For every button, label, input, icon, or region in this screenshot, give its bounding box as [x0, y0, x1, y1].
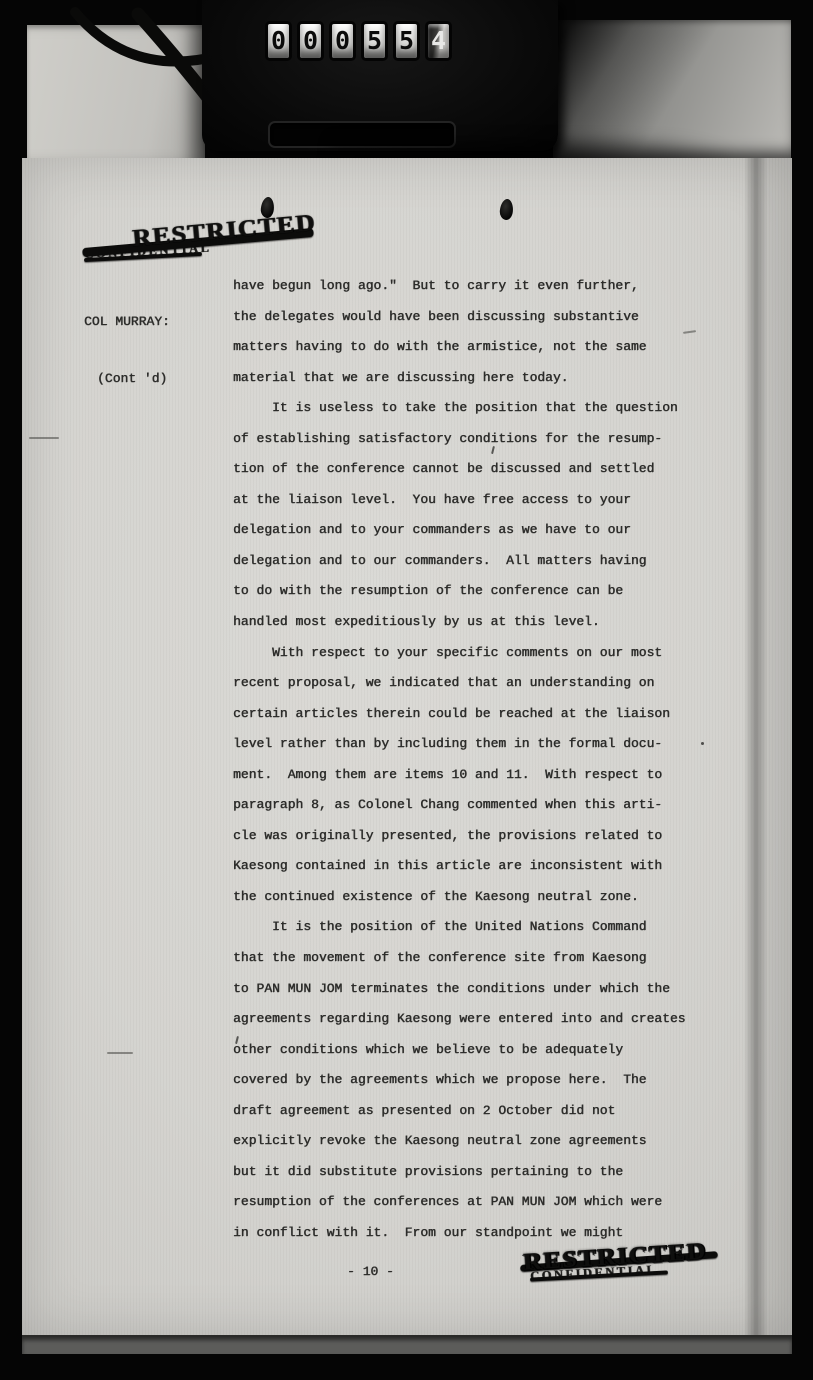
- typed-line: material that we are discussing here tod…: [233, 363, 685, 394]
- typed-line: recent proposal, we indicated that an un…: [233, 668, 685, 699]
- typed-line: to do with the resumption of the confere…: [233, 576, 685, 607]
- sheet-edge-shadow: [744, 158, 768, 1335]
- pencil-mark: [107, 1052, 133, 1054]
- typed-line: ment. Among them are items 10 and 11. Wi…: [233, 760, 685, 791]
- typed-line: certain articles therein could be reache…: [233, 699, 685, 730]
- typed-line: tion of the conference cannot be discuss…: [233, 454, 685, 485]
- counter-digit: 4: [425, 21, 452, 61]
- counter-digit: 5: [361, 21, 388, 61]
- pencil-mark: [29, 437, 59, 439]
- page-number: - 10 -: [347, 1264, 394, 1279]
- typed-line: With respect to your specific comments o…: [233, 638, 685, 669]
- microfilm-top-strip: 000554: [0, 0, 813, 165]
- typed-line: delegation and to our commanders. All ma…: [233, 546, 685, 577]
- typed-line: at the liaison level. You have free acce…: [233, 485, 685, 516]
- typed-line: explicitly revoke the Kaesong neutral zo…: [233, 1126, 685, 1157]
- typed-line: covered by the agreements which we propo…: [233, 1065, 685, 1096]
- typed-line: It is useless to take the position that …: [233, 393, 685, 424]
- paper-stack-edge: [22, 1337, 792, 1354]
- fastener-dot: [499, 198, 514, 220]
- underlying-sheet-edge: [768, 158, 792, 1335]
- typed-line: the continued existence of the Kaesong n…: [233, 882, 685, 913]
- pencil-dot: [701, 742, 704, 745]
- typed-line: of establishing satisfactory conditions …: [233, 424, 685, 455]
- counter-digit: 0: [297, 21, 324, 61]
- typed-line: that the movement of the conference site…: [233, 943, 685, 974]
- typed-line: level rather than by including them in t…: [233, 729, 685, 760]
- typed-line: matters having to do with the armistice,…: [233, 332, 685, 363]
- restricted-stamp-top: RESTRICTED: [131, 209, 317, 253]
- pencil-mark: [683, 330, 696, 333]
- typed-line: handled most expeditiously by us at this…: [233, 607, 685, 638]
- microfilm-document-scan: 000554 CONFIDENTIAL RESTRICTED COL MURRA…: [0, 0, 813, 1380]
- document-page: CONFIDENTIAL RESTRICTED COL MURRAY: (Con…: [22, 158, 792, 1337]
- typed-line: but it did substitute provisions pertain…: [233, 1157, 685, 1188]
- typed-text-block: have begun long ago." But to carry it ev…: [233, 271, 685, 1249]
- counter-digit: 5: [393, 21, 420, 61]
- typed-line: draft agreement as presented on 2 Octobe…: [233, 1096, 685, 1127]
- speaker-name: COL MURRAY:: [84, 312, 170, 331]
- typed-line: paragraph 8, as Colonel Chang commented …: [233, 790, 685, 821]
- typed-line: cle was originally presented, the provis…: [233, 821, 685, 852]
- typed-line: other conditions which we believe to be …: [233, 1035, 685, 1066]
- typed-line: resumption of the conferences at PAN MUN…: [233, 1187, 685, 1218]
- typed-line: delegation and to your commanders as we …: [233, 515, 685, 546]
- typed-line: agreements regarding Kaesong were entere…: [233, 1004, 685, 1035]
- typed-line: Kaesong contained in this article are in…: [233, 851, 685, 882]
- typed-line: have begun long ago." But to carry it ev…: [233, 271, 685, 302]
- counter-digit: 0: [265, 21, 292, 61]
- counter-digits: 000554: [265, 21, 457, 61]
- speaker-label: COL MURRAY: (Cont 'd): [84, 274, 170, 426]
- typed-line: It is the position of the United Nations…: [233, 912, 685, 943]
- speaker-continuation: (Cont 'd): [84, 369, 170, 388]
- counter-digit: 0: [329, 21, 356, 61]
- typed-line: the delegates would have been discussing…: [233, 302, 685, 333]
- frame-counter-device: 000554: [202, 0, 558, 151]
- typed-line: to PAN MUN JOM terminates the conditions…: [233, 974, 685, 1005]
